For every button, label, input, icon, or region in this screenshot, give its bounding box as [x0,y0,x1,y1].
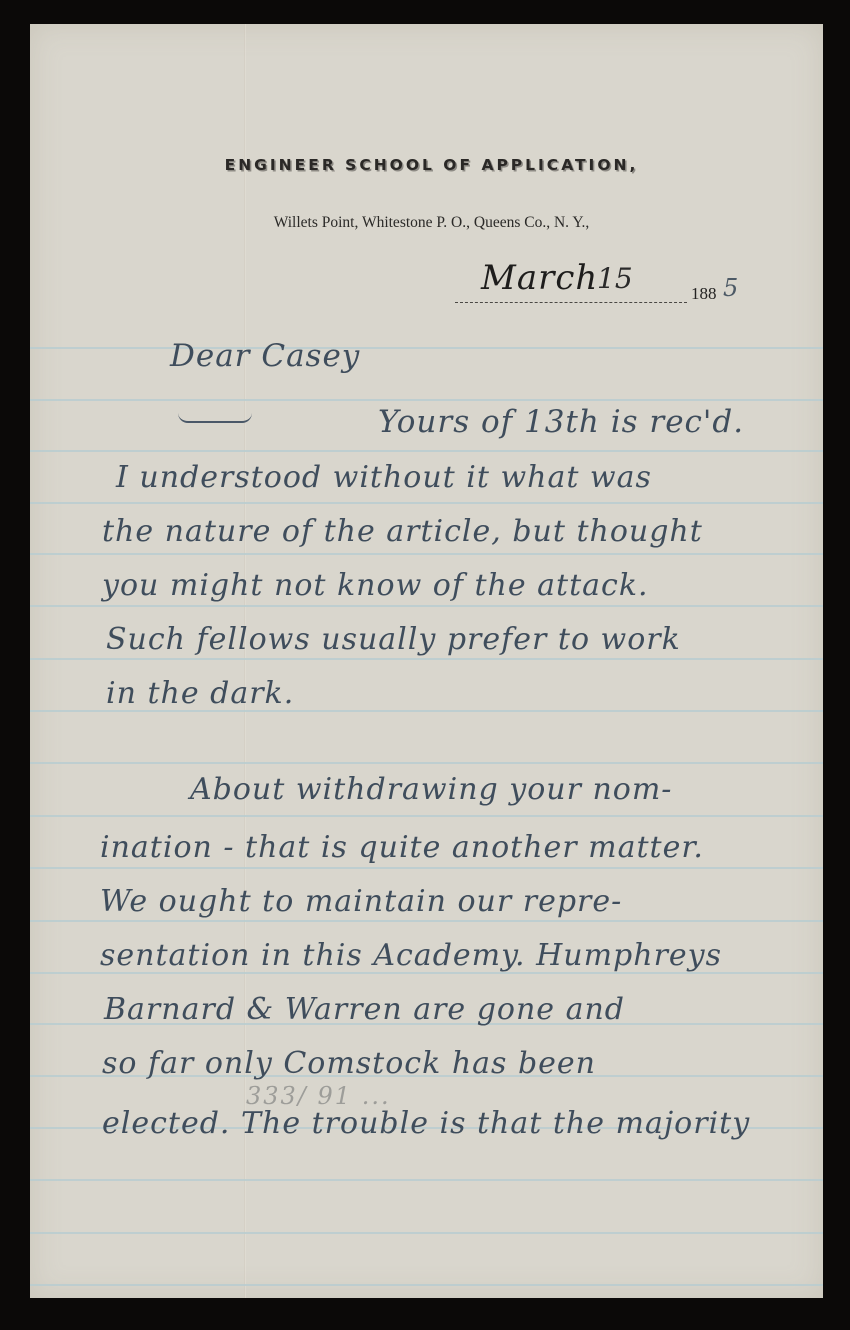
ruled-line [30,1179,823,1181]
letter-line: We ought to maintain our repre- [100,884,622,919]
ruled-line [30,347,823,349]
salutation: Dear Casey [170,338,360,374]
letterhead-title: ENGINEER SCHOOL OF APPLICATION, [30,156,823,174]
ruled-line [30,658,823,660]
ruled-line [30,502,823,504]
letter-line: Barnard & Warren are gone and [104,992,625,1027]
scanned-letter: ENGINEER SCHOOL OF APPLICATION, Willets … [0,0,850,1330]
letter-line: sentation in this Academy. Humphreys [100,938,722,973]
dateline: March 15 188 5 [455,256,785,306]
letter-line: I understood without it what was [116,460,652,495]
ruled-line [30,1232,823,1234]
letter-line: Such fellows usually prefer to work [106,622,681,657]
letter-line: in the dark. [106,676,294,711]
ruled-line [30,450,823,452]
letter-line: ination - that is quite another matter. [100,830,704,865]
date-month: March [481,258,598,298]
ruled-line [30,762,823,764]
date-year-printed: 188 [691,284,717,304]
letterhead-address: Willets Point, Whitestone P. O., Queens … [30,214,823,232]
salutation-flourish [178,413,252,423]
ruled-line [30,920,823,922]
letter-line: you might not know of the attack. [102,568,649,603]
date-day: 15 [597,262,633,295]
letter-line: elected. The trouble is that the majorit… [102,1106,750,1141]
letter-page: ENGINEER SCHOOL OF APPLICATION, Willets … [30,24,823,1298]
letter-line: About withdrawing your nom- [190,772,672,807]
ruled-line [30,1284,823,1286]
ruled-line [30,553,823,555]
letter-line: so far only Comstock has been [102,1046,596,1081]
letter-line: the nature of the article, but thought [102,514,703,549]
date-dotted-rule [455,302,687,303]
ruled-line [30,399,823,401]
ruled-line [30,815,823,817]
ruled-line [30,605,823,607]
ruled-line [30,867,823,869]
pencil-annotation: 333/ 91 ... [246,1082,391,1110]
date-year-handwritten: 5 [723,274,738,302]
letter-line: Yours of 13th is rec'd. [378,404,744,440]
